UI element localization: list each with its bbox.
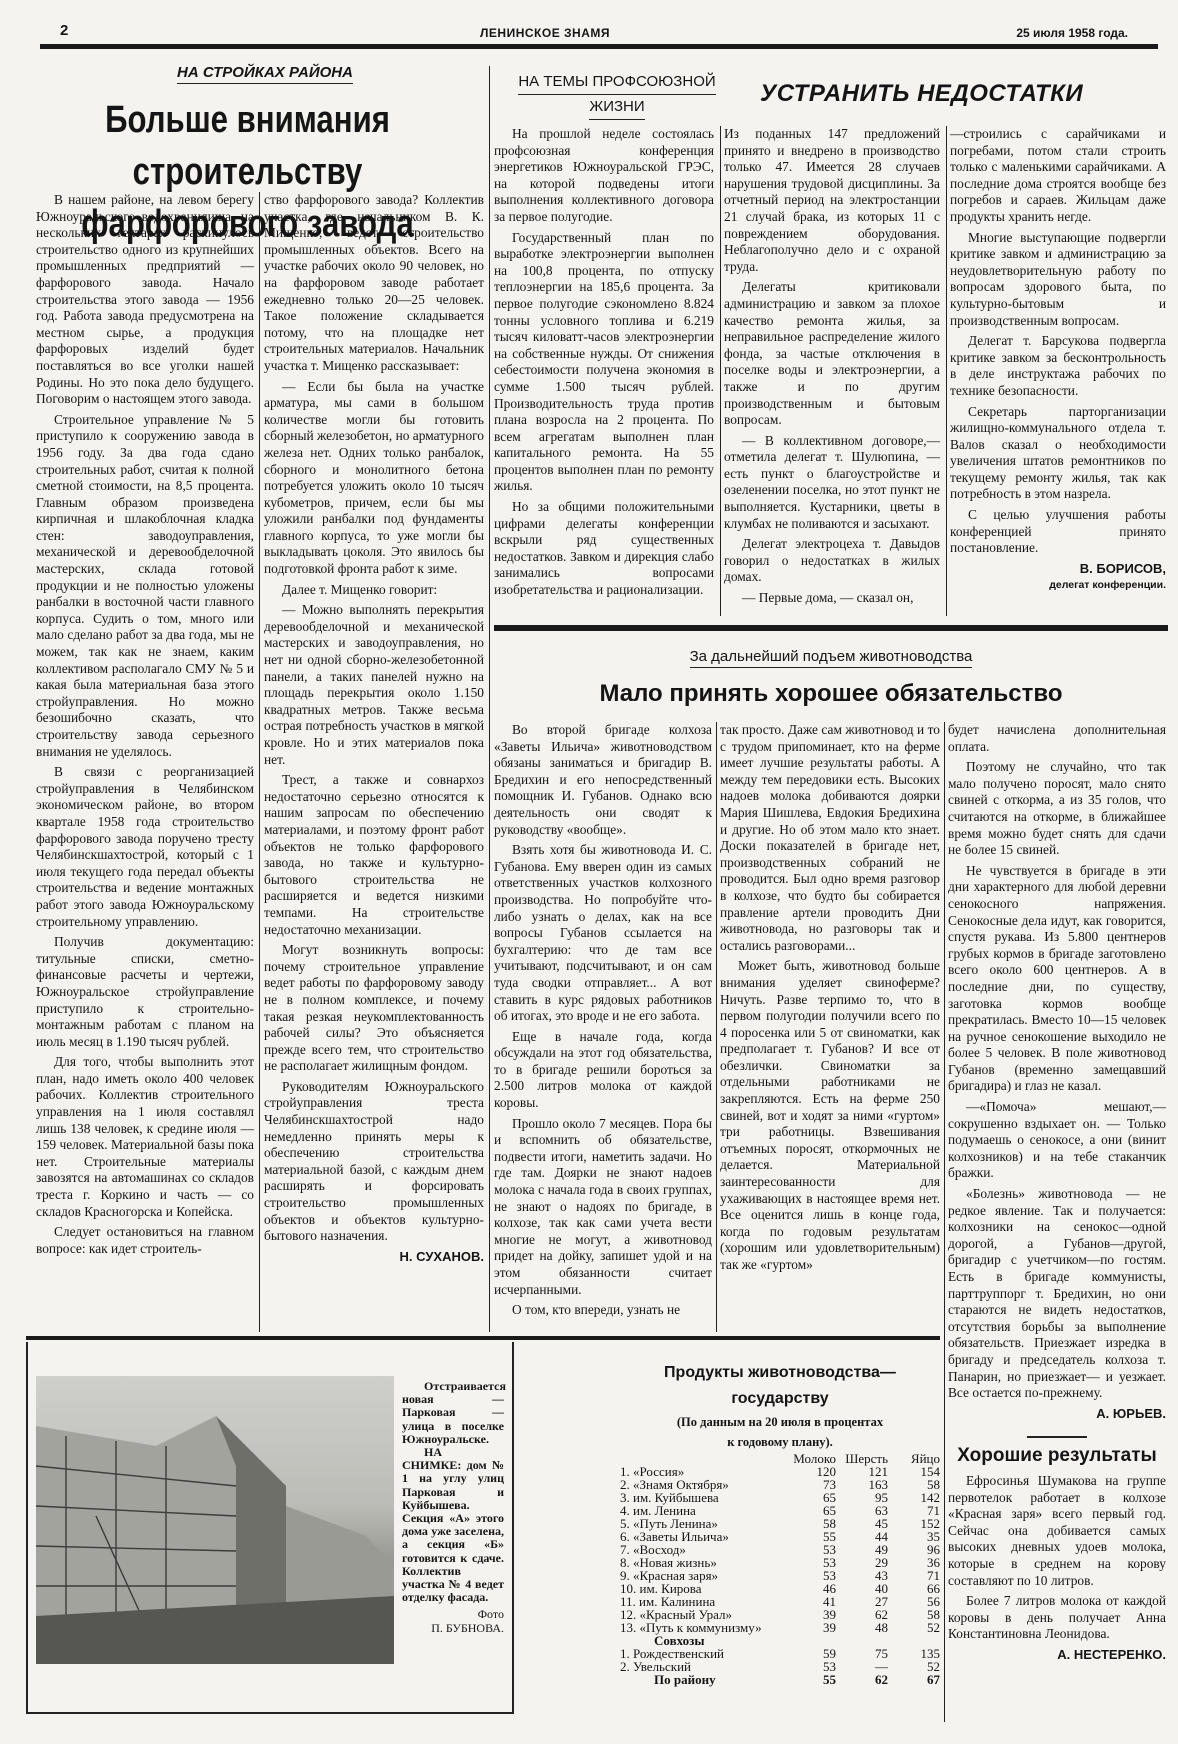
paragraph: — Можно выполнять перекрытия деревообдел… [264,602,484,768]
paragraph: Строительное управление № 5 приступило к… [36,412,254,760]
photo-credit-name: П. БУБНОВА. [402,1622,504,1635]
paragraph: Может быть, животновод больше внимания у… [720,958,940,1273]
union-signature: В. БОРИСОВ, [950,561,1166,578]
paragraph: В связи с реорганизацией стройуправления… [36,764,254,930]
page-number: 2 [60,22,68,39]
paragraph: — Если бы была на участке арматура, мы с… [264,379,484,578]
paragraph: Делегат электроцеха т. Давыдов говорил о… [724,536,940,586]
column-divider [944,722,945,1722]
paragraph: Но за общими положительными цифрами деле… [494,499,714,599]
factory-kicker: НА СТРОЙКАХ РАЙОНА [130,64,400,81]
paragraph: Прошло около 7 месяцев. Пора бы и вспомн… [494,1116,712,1299]
newspaper-name: ЛЕНИНСКОЕ ЗНАМЯ [480,26,610,40]
paragraph: Делегат т. Барсукова подвергла критике з… [950,333,1166,399]
paragraph: В нашем районе, на левом берегу Южноурал… [36,192,254,408]
stats-subtitle: к годовому плану). [620,1432,940,1452]
livestock-kicker: За дальнейший подъем животноводства [494,648,1168,665]
paragraph: Не чувствуется в бригаде в эти дни харак… [948,863,1166,1095]
stats-table-block: Продукты животноводства— государству (По… [620,1360,940,1686]
paragraph: Государственный план по выработке электр… [494,230,714,496]
issue-date: 25 июля 1958 года. [1016,26,1128,40]
paragraph: — Первые дома, — сказал он, [724,590,940,607]
paragraph: Делегаты критиковали администрацию и зав… [724,279,940,428]
table-total-row: По району556267 [620,1673,940,1686]
column-divider [489,66,490,1332]
paragraph: Далее т. Мищенко говорит: [264,582,484,599]
livestock-column-3: будет начислена дополнительная оплата. П… [948,722,1166,1663]
union-signature-title: делегат конференции. [950,577,1166,594]
results-headline: Хорошие результаты [948,1448,1166,1465]
paragraph: «Болезнь» животновода — не редкое явлени… [948,1186,1166,1402]
livestock-column-1: Во второй бригаде колхоза «Заветы Ильича… [494,722,712,1323]
factory-headline-line1: Больше внимания строительству [45,94,451,198]
paragraph: На прошлой неделе состоялась профсоюзная… [494,126,714,226]
photo-caption: Отстраивается новая — Парковая — улица в… [402,1380,504,1635]
paragraph: Из поданных 147 предложений принято и вн… [724,126,940,275]
stats-title: Продукты животноводства— [620,1360,940,1386]
section-rule [494,625,1168,631]
paragraph: будет начислена дополнительная оплата. [948,722,1166,755]
union-column-2: Из поданных 147 предложений принято и вн… [724,126,940,611]
column-divider [716,722,717,1332]
union-column-3: —строились с сарайчиками и погребами, по… [950,126,1166,594]
factory-signature: Н. СУХАНОВ. [264,1249,484,1266]
paragraph: Еще в начале года, когда обсуждали на эт… [494,1029,712,1112]
paragraph: Многие выступающие подвергли критике зав… [950,230,1166,330]
paragraph: Более 7 литров молока от каждой коровы в… [948,1593,1166,1643]
paragraph: Руководителям Южноуральского стройуправл… [264,1079,484,1245]
results-signature: А. НЕСТЕРЕНКО. [948,1647,1166,1664]
section-rule [26,1336,940,1340]
paragraph: О том, кто впереди, узнать не [494,1302,712,1319]
stats-title: государству [620,1386,940,1412]
building-illustration-icon [36,1376,394,1664]
stats-subtitle: (По данным на 20 июля в процентах [620,1412,940,1432]
photo-credit-label: Фото [402,1608,504,1621]
column-divider [720,126,721,616]
masthead-rule [40,44,1158,49]
column-divider [946,126,947,616]
paragraph: Секретарь парторганизации жилищно-коммун… [950,404,1166,504]
paragraph: ство фарфорового завода? Коллектив участ… [264,192,484,375]
union-column-1: На прошлой неделе состоялась профсоюзная… [494,126,714,603]
stats-table: Молоко Шерсть Яйцо 1. «Россия»120121154 … [620,1452,940,1686]
factory-column-2: ство фарфорового завода? Коллектив участ… [264,192,484,1265]
livestock-signature: А. ЮРЬЕВ. [948,1406,1166,1423]
paragraph: Взять хотя бы животновода И. С. Губанова… [494,842,712,1025]
paragraph: Могут возникнуть вопросы: почему строите… [264,942,484,1075]
paragraph: Получив документацию: титульные списки, … [36,934,254,1050]
paragraph: Ефросинья Шумакова на группе первотелок … [948,1473,1166,1589]
paragraph: Поэтому не случайно, что так мало получе… [948,759,1166,859]
factory-column-1: В нашем районе, на левом берегу Южноурал… [36,192,254,1261]
paragraph: Трест, а также и совнархоз недостаточно … [264,772,484,938]
paragraph: —«Помоча» мешают,— сокрушенно вздыхает о… [948,1099,1166,1182]
paragraph: так просто. Даже сам животновод и то с т… [720,722,940,954]
paragraph: С целью улучшения работы конференцией пр… [950,507,1166,557]
column-divider [259,192,260,1332]
paragraph: Во второй бригаде колхоза «Заветы Ильича… [494,722,712,838]
livestock-column-2: так просто. Даже сам животновод и то с т… [720,722,940,1278]
paragraph: —строились с сарайчиками и погребами, по… [950,126,1166,226]
paragraph: Для того, чтобы выполнить этот план, над… [36,1054,254,1220]
photo-street-construction [36,1376,394,1664]
masthead: 2 ЛЕНИНСКОЕ ЗНАМЯ 25 июля 1958 года. [40,22,1150,42]
union-headline: УСТРАНИТЬ НЕДОСТАТКИ [760,80,1170,108]
union-kicker: НА ТЕМЫ ПРОФСОЮЗНОЙ ЖИЗНИ [510,70,724,120]
paragraph: Следует остановиться на главном вопросе:… [36,1224,254,1257]
paragraph: — В коллективном договоре,— отметила дел… [724,433,940,533]
divider [1027,1436,1087,1438]
livestock-headline: Мало принять хорошее обязательство [494,680,1168,708]
